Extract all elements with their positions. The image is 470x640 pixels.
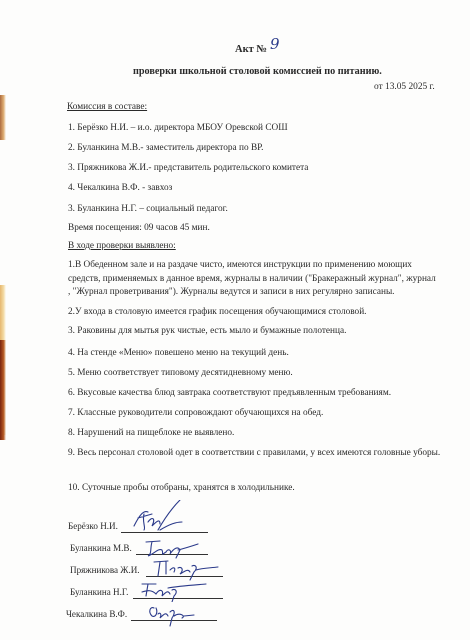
commission-member: 2. Буланкина М.В.- заместитель директора…	[68, 142, 263, 154]
commission-member: 3. Пряжникова Ж.И.- представитель родите…	[68, 162, 308, 174]
signature-handwritten	[146, 602, 196, 628]
signature-handwritten	[130, 500, 190, 538]
signature-handwritten	[150, 558, 220, 582]
signature-name: Буланкина Н.Г.	[70, 587, 128, 597]
signature-handwritten	[140, 538, 202, 560]
finding-item: 1.В Обеденном зале и на раздаче чисто, и…	[68, 259, 440, 300]
commission-member: 3. Буланкина Н.Г. – социальный педагог.	[68, 203, 228, 215]
findings-heading: В ходе проверки выявлено:	[68, 240, 176, 252]
finding-item: 6. Вкусовые качества блюд завтрака соотв…	[68, 387, 391, 399]
signature-name: Пряжникова Ж.И.	[70, 565, 140, 575]
commission-member: 4. Чекалкина В.Ф. - завхоз	[68, 182, 172, 194]
finding-item: 4. На стенде «Меню» повешено меню на тек…	[68, 347, 289, 359]
finding-item: 7. Классные руководители сопровождают об…	[68, 407, 323, 419]
finding-item: 10. Суточные пробы отобраны, хранятся в …	[68, 482, 295, 494]
document-number-handwritten: 9	[270, 38, 280, 50]
scan-edge-stain	[0, 95, 6, 140]
finding-item: 5. Меню соответствует типовому десятидне…	[68, 367, 293, 379]
visit-time: Время посещения: 09 часов 45 мин.	[68, 222, 210, 234]
signature-name: Берёзко Н.И.	[68, 521, 118, 531]
document-subtitle: проверки школьной столовой комиссией по …	[133, 66, 382, 78]
commission-heading: Комиссия в составе:	[67, 101, 147, 113]
document-title: Акт №	[235, 44, 267, 56]
signature-handwritten	[138, 580, 208, 602]
finding-item: 3. Раковины для мытья рук чистые, есть м…	[68, 325, 346, 337]
finding-item: 2.У входа в столовую имеется график посе…	[68, 306, 367, 318]
finding-item: 9. Весь персонал столовой одет в соответ…	[68, 446, 448, 460]
signature-name: Буланкина М.В.	[70, 543, 132, 553]
document-date: от 13.05 2025 г.	[374, 81, 435, 93]
commission-member: 1. Берёзко Н.И. – и.о. директора МБОУ Ор…	[68, 122, 288, 134]
finding-item: 8. Нарушений на пищеблоке не выявлено.	[68, 427, 234, 439]
scan-edge-stain	[0, 340, 6, 440]
scanned-document-page: Акт № 9 проверки школьной столовой комис…	[0, 0, 470, 640]
signature-name: Чекалкина В.Ф.	[66, 609, 127, 619]
